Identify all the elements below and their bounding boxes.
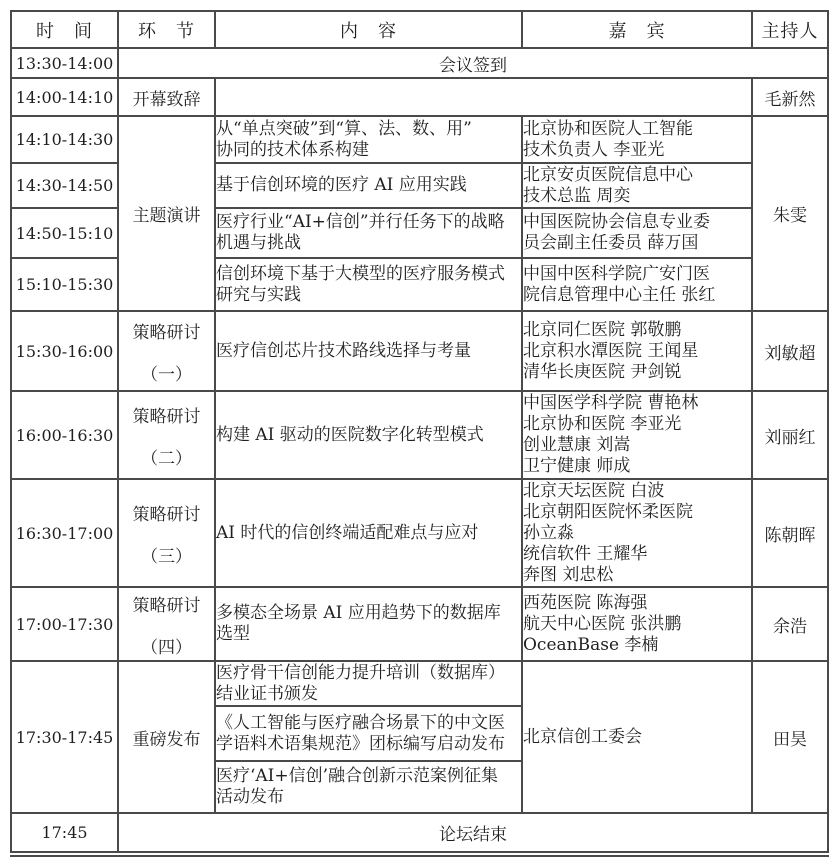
guests-cell: 中国医学科学院 曹艳林 北京协和医院 李亚光 创业慧康 刘嵩 卫宁健康 师成 <box>522 391 752 479</box>
time-cell: 15:30-16:00 <box>11 311 118 391</box>
guest-line: 统信软件 王耀华 <box>523 544 751 565</box>
row-opening: 14:00-14:10 开幕致辞 毛新然 <box>11 78 828 116</box>
guest-line: 西苑医院 陈海强 <box>523 593 751 614</box>
header-host: 主持人 <box>752 11 828 48</box>
empty-cell <box>215 78 752 116</box>
content-cell: AI 时代的信创终端适配难点与应对 <box>215 479 522 587</box>
guest-line: 员会副主任委员 薛万国 <box>523 233 751 254</box>
content-line: 结业证书颁发 <box>216 684 521 705</box>
guest-line: 中国医学科学院 曹艳林 <box>523 393 751 414</box>
time-cell: 15:10-15:30 <box>11 258 118 311</box>
agenda-table: 时 间 环 节 内 容 嘉 宾 主持人 13:30-14:00 会议签到 14:… <box>10 10 829 857</box>
guest-line: 北京信创工委会 <box>523 727 751 748</box>
closing-label: 论坛结束 <box>118 813 828 854</box>
time-cell: 14:50-15:10 <box>11 208 118 258</box>
content-line: 学语料术语集规范》团标编写启动发布 <box>216 734 521 755</box>
guest-line: 技术总监 周奕 <box>523 186 751 207</box>
host-cell: 毛新然 <box>752 78 828 116</box>
guest-line: 中国中医科学院广安门医 <box>523 264 751 285</box>
content-cell: 基于信创环境的医疗 AI 应用实践 <box>215 163 522 208</box>
row-panel-2: 16:00-16:30 策略研讨 （二） 构建 AI 驱动的医院数字化转型模式 … <box>11 391 828 479</box>
content-line: 选型 <box>216 624 521 645</box>
content-line: 医疗骨干信创能力提升培训（数据库） <box>216 663 521 684</box>
row-release-1: 17:30-17:45 重磅发布 医疗骨干信创能力提升培训（数据库） 结业证书颁… <box>11 661 828 706</box>
content-line: 《人工智能与医疗融合场景下的中文医 <box>216 713 521 734</box>
guest-line: 院信息管理中心主任 张红 <box>523 285 751 306</box>
signin-label: 会议签到 <box>118 48 828 78</box>
content-cell: 多模态全场景 AI 应用趋势下的数据库 选型 <box>215 587 522 661</box>
content-cell: 从“单点突破”到“算、法、数、用” 协同的技术体系构建 <box>215 116 522 163</box>
session-cell: 策略研讨 （一） <box>118 311 215 391</box>
session-cell: 开幕致辞 <box>118 78 215 116</box>
host-cell-release: 田昊 <box>752 661 828 813</box>
guests-cell: 西苑医院 陈海强 航天中心医院 张洪鹏 OceanBase 李楠 <box>522 587 752 661</box>
guest-line: 奔图 刘忠松 <box>523 565 751 586</box>
content-line: AI 时代的信创终端适配难点与应对 <box>216 523 521 544</box>
time-cell: 16:30-17:00 <box>11 479 118 587</box>
content-line: 研究与实践 <box>216 285 521 306</box>
guests-cell-release: 北京信创工委会 <box>522 661 752 813</box>
session-line: （一） <box>119 360 214 385</box>
content-line: 构建 AI 驱动的医院数字化转型模式 <box>216 425 521 446</box>
host-cell: 刘丽红 <box>752 391 828 479</box>
host-cell: 刘敏超 <box>752 311 828 391</box>
guest-line: 卫宁健康 师成 <box>523 456 751 477</box>
guests-cell: 中国医院协会信息专业委 员会副主任委员 薛万国 <box>522 208 752 258</box>
time-cell: 17:00-17:30 <box>11 587 118 661</box>
guest-line: 北京积水潭医院 王闻星 <box>523 341 751 362</box>
session-line: 策略研讨 <box>119 402 214 427</box>
guest-line: 航天中心医院 张洪鹏 <box>523 614 751 635</box>
agenda-page: 时 间 环 节 内 容 嘉 宾 主持人 13:30-14:00 会议签到 14:… <box>0 0 837 865</box>
session-line: 策略研讨 <box>119 500 214 525</box>
content-cell: 医疗行业“AI+信创”并行任务下的战略 机遇与挑战 <box>215 208 522 258</box>
session-cell: 策略研讨 （三） <box>118 479 215 587</box>
guest-line: 北京朝阳医院怀柔医院 <box>523 502 751 523</box>
session-line: （三） <box>119 542 214 567</box>
guest-line: 北京协和医院人工智能 <box>523 119 751 140</box>
session-cell: 策略研讨 （二） <box>118 391 215 479</box>
session-line: （二） <box>119 444 214 469</box>
content-cell: 构建 AI 驱动的医院数字化转型模式 <box>215 391 522 479</box>
guests-cell: 北京协和医院人工智能 技术负责人 李亚光 <box>522 116 752 163</box>
guests-cell: 中国中医科学院广安门医 院信息管理中心主任 张红 <box>522 258 752 311</box>
content-line: 医疗‘AI+信创’融合创新示范案例征集 <box>216 766 521 787</box>
guest-line: 清华长庚医院 尹剑锐 <box>523 362 751 383</box>
time-cell: 16:00-16:30 <box>11 391 118 479</box>
content-line: 机遇与挑战 <box>216 233 521 254</box>
guest-line: 北京安贞医院信息中心 <box>523 165 751 186</box>
guest-line: 北京同仁医院 郭敬鹏 <box>523 320 751 341</box>
content-cell: 《人工智能与医疗融合场景下的中文医 学语料术语集规范》团标编写启动发布 <box>215 706 522 761</box>
guest-line: 孙立淼 <box>523 523 751 544</box>
row-signin: 13:30-14:00 会议签到 <box>11 48 828 78</box>
session-line: 策略研讨 <box>119 318 214 343</box>
table-header-row: 时 间 环 节 内 容 嘉 宾 主持人 <box>11 11 828 48</box>
host-cell: 陈朝晖 <box>752 479 828 587</box>
guests-cell: 北京同仁医院 郭敬鹏 北京积水潭医院 王闻星 清华长庚医院 尹剑锐 <box>522 311 752 391</box>
guest-line: 创业慧康 刘嵩 <box>523 435 751 456</box>
session-cell-keynote: 主题演讲 <box>118 116 215 311</box>
guest-line: 中国医院协会信息专业委 <box>523 212 751 233</box>
time-cell: 13:30-14:00 <box>11 48 118 78</box>
content-line: 从“单点突破”到“算、法、数、用” <box>216 119 521 140</box>
content-cell: 医疗信创芯片技术路线选择与考量 <box>215 311 522 391</box>
header-time: 时 间 <box>11 11 118 48</box>
time-cell: 14:00-14:10 <box>11 78 118 116</box>
content-line: 活动发布 <box>216 787 521 808</box>
session-cell-release: 重磅发布 <box>118 661 215 813</box>
session-line: （四） <box>119 633 214 658</box>
content-line: 协同的技术体系构建 <box>216 140 521 161</box>
content-cell: 医疗‘AI+信创’融合创新示范案例征集 活动发布 <box>215 761 522 813</box>
time-cell: 17:45 <box>11 813 118 854</box>
guests-cell: 北京安贞医院信息中心 技术总监 周奕 <box>522 163 752 208</box>
time-cell: 14:10-14:30 <box>11 116 118 163</box>
time-cell: 17:30-17:45 <box>11 661 118 813</box>
content-line: 信创环境下基于大模型的医疗服务模式 <box>216 264 521 285</box>
session-cell: 策略研讨 （四） <box>118 587 215 661</box>
row-keynote-1: 14:10-14:30 主题演讲 从“单点突破”到“算、法、数、用” 协同的技术… <box>11 116 828 163</box>
time-cell: 14:30-14:50 <box>11 163 118 208</box>
row-panel-1: 15:30-16:00 策略研讨 （一） 医疗信创芯片技术路线选择与考量 北京同… <box>11 311 828 391</box>
row-closing: 17:45 论坛结束 <box>11 813 828 854</box>
content-line: 基于信创环境的医疗 AI 应用实践 <box>216 175 521 196</box>
guest-line: 技术负责人 李亚光 <box>523 140 751 161</box>
row-panel-3: 16:30-17:00 策略研讨 （三） AI 时代的信创终端适配难点与应对 北… <box>11 479 828 587</box>
content-line: 医疗信创芯片技术路线选择与考量 <box>216 341 521 362</box>
row-panel-4: 17:00-17:30 策略研讨 （四） 多模态全场景 AI 应用趋势下的数据库… <box>11 587 828 661</box>
guest-line: 北京协和医院 李亚光 <box>523 414 751 435</box>
header-content: 内 容 <box>215 11 522 48</box>
guest-line: OceanBase 李楠 <box>523 635 751 656</box>
host-cell-keynote: 朱雯 <box>752 116 828 311</box>
content-line: 医疗行业“AI+信创”并行任务下的战略 <box>216 212 521 233</box>
guest-line: 北京天坛医院 白波 <box>523 481 751 502</box>
content-cell: 医疗骨干信创能力提升培训（数据库） 结业证书颁发 <box>215 661 522 706</box>
header-session: 环 节 <box>118 11 215 48</box>
header-guests: 嘉 宾 <box>522 11 752 48</box>
content-cell: 信创环境下基于大模型的医疗服务模式 研究与实践 <box>215 258 522 311</box>
guests-cell: 北京天坛医院 白波 北京朝阳医院怀柔医院 孙立淼 统信软件 王耀华 奔图 刘忠松 <box>522 479 752 587</box>
content-line: 多模态全场景 AI 应用趋势下的数据库 <box>216 603 521 624</box>
host-cell: 余浩 <box>752 587 828 661</box>
session-line: 策略研讨 <box>119 591 214 616</box>
